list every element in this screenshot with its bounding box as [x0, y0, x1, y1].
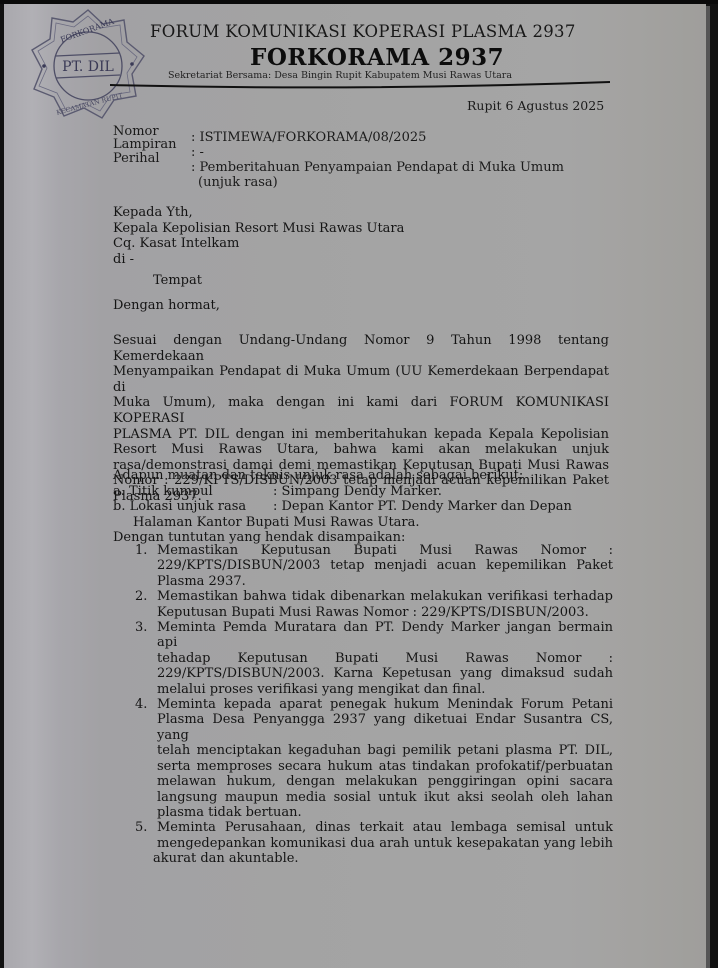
- paragraph-line: Sesuai dengan Undang-Undang Nomor 9 Tahu…: [113, 333, 609, 364]
- svg-text:KECAMATAN RUPIT: KECAMATAN RUPIT: [55, 91, 124, 117]
- recipient-line: Kepada Yth,: [113, 205, 404, 221]
- letterhead-divider: [110, 80, 610, 92]
- perihal-value-cont: (unjuk rasa): [198, 175, 598, 190]
- demand-item: 2. Memastikan bahwa tidak dibenarkan mel…: [135, 589, 613, 620]
- demand-line: 229/KPTS/DISBUN/2003 tetap menjadi acuan…: [157, 558, 613, 573]
- demand-line: Meminta Perusahaan, dinas terkait atau l…: [157, 820, 613, 835]
- demand-line: 229/KPTS/DISBUN/2003. Karna Kepetusan ya…: [157, 666, 613, 681]
- demand-line: telah menciptakan kegaduhan bagi pemilik…: [157, 743, 613, 758]
- demand-line: melalui proses verifikasi yang mengikat …: [157, 682, 613, 697]
- perihal-label: Perihal: [113, 152, 193, 166]
- detail-lokasi: b. Lokasi unjuk rasa : Depan Kantor PT. …: [113, 499, 613, 515]
- nomor-value: : ISTIMEWA/FORKORAMA/08/2025: [191, 130, 591, 145]
- demand-line: Memastikan Keputusan Bupati Musi Rawas N…: [157, 543, 613, 558]
- demand-number: 1.: [135, 543, 157, 589]
- organization-short-name: FORKORAMA 2937: [250, 44, 504, 71]
- perihal-value: : Pemberitahuan Penyampaian Pendapat di …: [191, 160, 591, 175]
- recipient-block: Kepada Yth, Kepala Kepolisian Resort Mus…: [113, 205, 404, 289]
- demand-line: mengedepankan komunikasi dua arah untuk …: [157, 836, 613, 851]
- greeting: Dengan hormat,: [113, 298, 220, 314]
- demand-item: 1. Memastikan Keputusan Bupati Musi Rawa…: [135, 543, 613, 589]
- paragraph-line: Resort Musi Rawas Utara, bahwa kami akan…: [113, 442, 609, 458]
- demand-number: 4.: [135, 697, 157, 820]
- demand-line: akurat dan akuntable.: [153, 851, 613, 866]
- paragraph-line: Menyampaikan Pendapat di Muka Umum (UU K…: [113, 364, 609, 395]
- detail-value: : Depan Kantor PT. Dendy Marker dan Depa…: [273, 499, 572, 515]
- demand-item: 4. Meminta kepada aparat penegak hukum M…: [135, 697, 613, 820]
- detail-label: b. Lokasi unjuk rasa: [113, 499, 273, 515]
- lampiran-label: Lampiran: [113, 138, 193, 152]
- recipient-line: di -: [113, 252, 404, 268]
- organization-name: FORUM KOMUNIKASI KOPERASI PLASMA 2937: [150, 22, 576, 41]
- demand-line: Meminta kepada aparat penegak hukum Meni…: [157, 697, 613, 712]
- demand-item: 5. Meminta Perusahaan, dinas terkait ata…: [135, 820, 613, 866]
- detail-titik-kumpul: a. Titik kumpul : Simpang Dendy Marker.: [113, 484, 613, 500]
- demand-number: 3.: [135, 620, 157, 697]
- demand-line: Memastikan bahwa tidak dibenarkan melaku…: [157, 589, 613, 604]
- paragraph-line: Muka Umum), maka dengan ini kami dari FO…: [113, 395, 609, 426]
- demand-line: plasma tidak bertuan.: [157, 805, 613, 820]
- detail-value: : Simpang Dendy Marker.: [273, 484, 442, 500]
- letter-date: Rupit 6 Agustus 2025: [467, 98, 604, 113]
- recipient-line: Cq. Kasat Intelkam: [113, 236, 404, 252]
- detail-label: a. Titik kumpul: [113, 484, 273, 500]
- recipient-place: Tempat: [153, 273, 404, 289]
- demand-line: Plasma Desa Penyangga 2937 yang diketuai…: [157, 712, 613, 743]
- detail-lokasi-cont: Halaman Kantor Bupati Musi Rawas Utara.: [113, 515, 613, 531]
- demand-item: 3. Meminta Pemda Muratara dan PT. Dendy …: [135, 620, 613, 697]
- demand-number: 2.: [135, 589, 157, 620]
- technical-details: Adapun muatan dan teknis unjuk rasa adal…: [113, 468, 613, 546]
- demand-line: tehadap Keputusan Bupati Musi Rawas Nomo…: [157, 651, 613, 666]
- demand-line: langsung maupun media sosial untuk ikut …: [157, 790, 613, 805]
- technical-intro: Adapun muatan dan teknis unjuk rasa adal…: [113, 468, 613, 484]
- photo-right-edge: [706, 6, 710, 968]
- svg-text:PT. DIL: PT. DIL: [62, 59, 114, 75]
- organization-stamp-icon: PT. DIL FORKORAMA KECAMATAN RUPIT: [28, 6, 148, 124]
- demand-line: serta memproses secara hukum atas tindak…: [157, 759, 613, 774]
- demand-line: melawan hukum, dengan melakukan penggiri…: [157, 774, 613, 789]
- demand-line: Plasma 2937.: [157, 574, 613, 589]
- demand-line: Meminta Pemda Muratara dan PT. Dendy Mar…: [157, 620, 613, 651]
- demands-list: 1. Memastikan Keputusan Bupati Musi Rawa…: [135, 543, 613, 867]
- lampiran-value: : -: [191, 145, 591, 160]
- paragraph-line: PLASMA PT. DIL dengan ini memberitahukan…: [113, 427, 609, 443]
- demand-line: Keputusan Bupati Musi Rawas Nomor : 229/…: [157, 605, 613, 620]
- recipient-line: Kepala Kepolisian Resort Musi Rawas Utar…: [113, 221, 404, 237]
